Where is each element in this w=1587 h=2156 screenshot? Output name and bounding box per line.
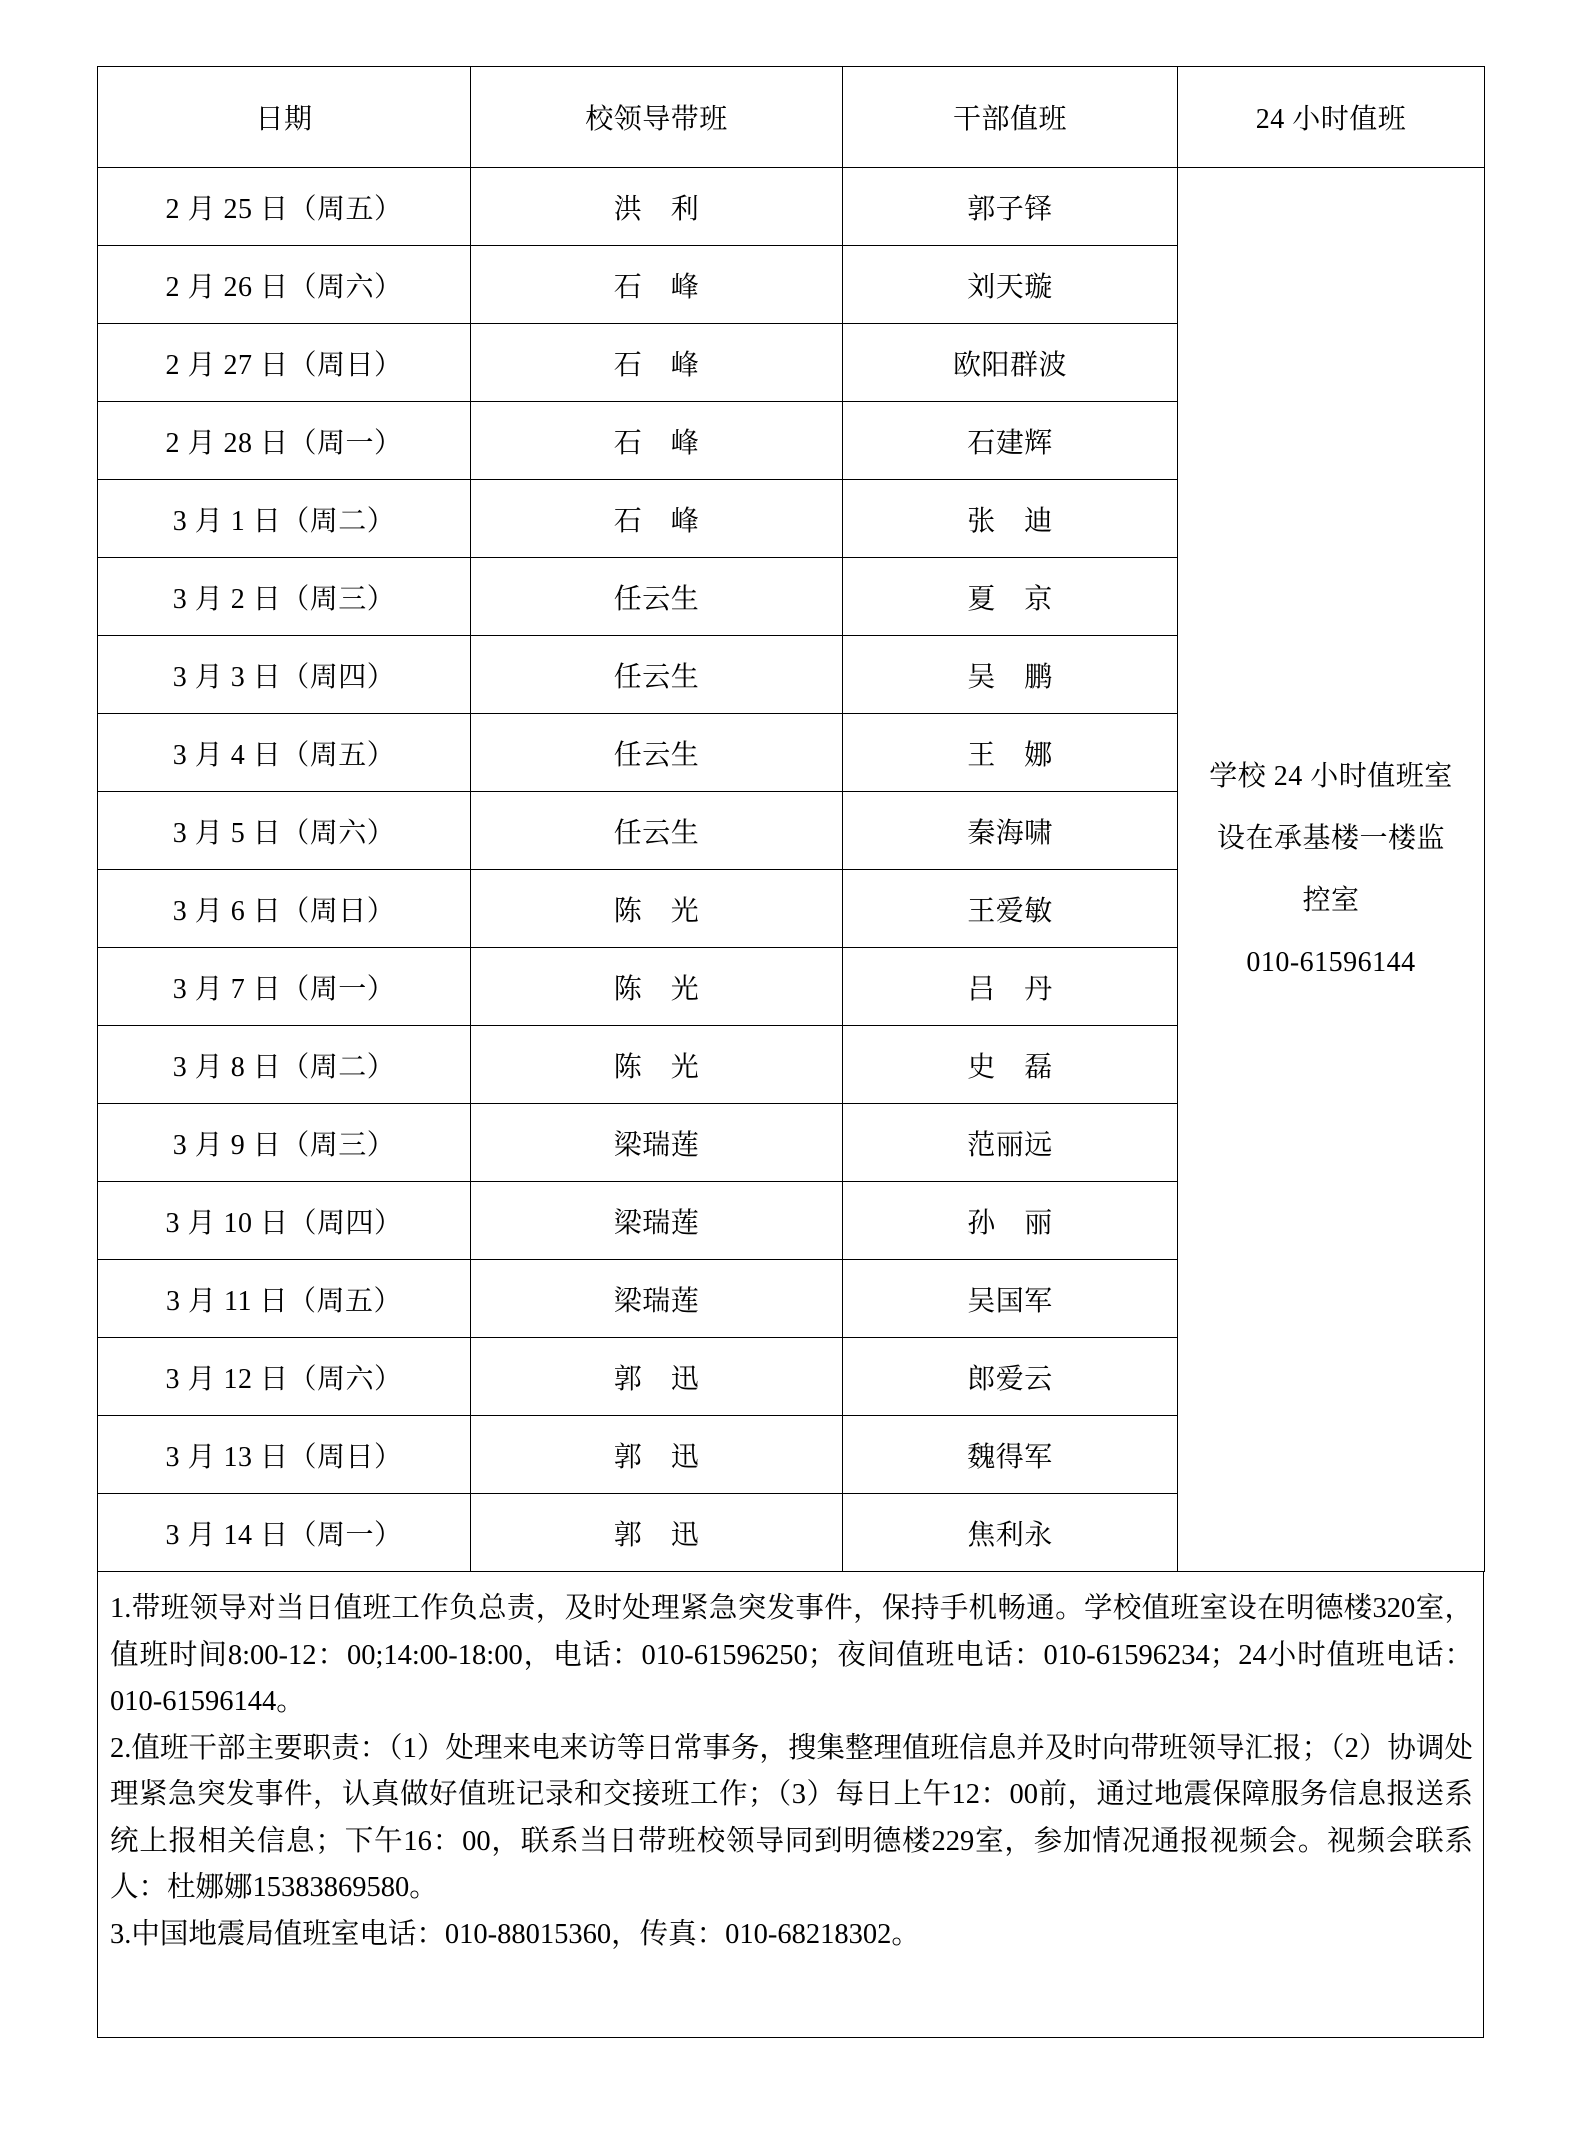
date-cell: 2 月 28 日（周一） bbox=[98, 402, 471, 480]
cadre-cell: 王爱敏 bbox=[843, 870, 1178, 948]
note-item-2: 2.值班干部主要职责：（1）处理来电来访等日常事务，搜集整理值班信息并及时向带班… bbox=[110, 1726, 1473, 1912]
cadre-cell: 魏得军 bbox=[843, 1416, 1178, 1494]
cadre-cell: 欧阳群波 bbox=[843, 324, 1178, 402]
leader-cell: 梁瑞莲 bbox=[471, 1260, 843, 1338]
leader-cell: 梁瑞莲 bbox=[471, 1104, 843, 1182]
leader-cell: 石 峰 bbox=[471, 246, 843, 324]
date-cell: 3 月 2 日（周三） bbox=[98, 558, 471, 636]
date-cell: 3 月 1 日（周二） bbox=[98, 480, 471, 558]
header-24h-duty: 24 小时值班 bbox=[1178, 67, 1485, 168]
duty-24h-line: 设在承基楼一楼监 bbox=[1178, 808, 1484, 870]
date-cell: 2 月 26 日（周六） bbox=[98, 246, 471, 324]
cadre-cell: 吴国军 bbox=[843, 1260, 1178, 1338]
leader-cell: 陈 光 bbox=[471, 948, 843, 1026]
cadre-cell: 秦海啸 bbox=[843, 792, 1178, 870]
leader-cell: 洪 利 bbox=[471, 168, 843, 246]
duty-24h-info-cell: 学校 24 小时值班室 设在承基楼一楼监 控室 010-61596144 bbox=[1178, 168, 1485, 1572]
cadre-cell: 石建辉 bbox=[843, 402, 1178, 480]
date-cell: 3 月 14 日（周一） bbox=[98, 1494, 471, 1572]
duty-schedule-sheet: 日期 校领导带班 干部值班 24 小时值班 2 月 25 日（周五） 洪 利 郭… bbox=[97, 66, 1484, 2038]
header-date: 日期 bbox=[98, 67, 471, 168]
date-cell: 3 月 12 日（周六） bbox=[98, 1338, 471, 1416]
duty-24h-line: 学校 24 小时值班室 bbox=[1178, 746, 1484, 808]
leader-cell: 陈 光 bbox=[471, 1026, 843, 1104]
leader-cell: 郭 迅 bbox=[471, 1494, 843, 1572]
leader-cell: 石 峰 bbox=[471, 324, 843, 402]
duty-24h-phone: 010-61596144 bbox=[1178, 932, 1484, 994]
leader-cell: 陈 光 bbox=[471, 870, 843, 948]
cadre-cell: 史 磊 bbox=[843, 1026, 1178, 1104]
date-cell: 2 月 25 日（周五） bbox=[98, 168, 471, 246]
cadre-cell: 刘天璇 bbox=[843, 246, 1178, 324]
leader-cell: 石 峰 bbox=[471, 402, 843, 480]
cadre-cell: 王 娜 bbox=[843, 714, 1178, 792]
cadre-cell: 焦利永 bbox=[843, 1494, 1178, 1572]
cadre-cell: 郭子铎 bbox=[843, 168, 1178, 246]
header-cadre-on-duty: 干部值班 bbox=[843, 67, 1178, 168]
leader-cell: 石 峰 bbox=[471, 480, 843, 558]
leader-cell: 任云生 bbox=[471, 714, 843, 792]
date-cell: 3 月 3 日（周四） bbox=[98, 636, 471, 714]
date-cell: 3 月 5 日（周六） bbox=[98, 792, 471, 870]
leader-cell: 任云生 bbox=[471, 792, 843, 870]
date-cell: 3 月 9 日（周三） bbox=[98, 1104, 471, 1182]
date-cell: 3 月 8 日（周二） bbox=[98, 1026, 471, 1104]
header-leader-on-duty: 校领导带班 bbox=[471, 67, 843, 168]
cadre-cell: 吕 丹 bbox=[843, 948, 1178, 1026]
header-row: 日期 校领导带班 干部值班 24 小时值班 bbox=[98, 67, 1485, 168]
cadre-cell: 范丽远 bbox=[843, 1104, 1178, 1182]
leader-cell: 任云生 bbox=[471, 636, 843, 714]
date-cell: 3 月 11 日（周五） bbox=[98, 1260, 471, 1338]
note-item-1: 1.带班领导对当日值班工作负总责，及时处理紧急突发事件，保持手机畅通。学校值班室… bbox=[110, 1586, 1473, 1726]
cadre-cell: 孙 丽 bbox=[843, 1182, 1178, 1260]
cadre-cell: 夏 京 bbox=[843, 558, 1178, 636]
date-cell: 3 月 4 日（周五） bbox=[98, 714, 471, 792]
date-cell: 2 月 27 日（周日） bbox=[98, 324, 471, 402]
date-cell: 3 月 6 日（周日） bbox=[98, 870, 471, 948]
duty-24h-line: 控室 bbox=[1178, 870, 1484, 932]
leader-cell: 梁瑞莲 bbox=[471, 1182, 843, 1260]
date-cell: 3 月 13 日（周日） bbox=[98, 1416, 471, 1494]
date-cell: 3 月 7 日（周一） bbox=[98, 948, 471, 1026]
table-row: 2 月 25 日（周五） 洪 利 郭子铎 学校 24 小时值班室 设在承基楼一楼… bbox=[98, 168, 1485, 246]
leader-cell: 郭 迅 bbox=[471, 1338, 843, 1416]
leader-cell: 任云生 bbox=[471, 558, 843, 636]
date-cell: 3 月 10 日（周四） bbox=[98, 1182, 471, 1260]
cadre-cell: 吴 鹏 bbox=[843, 636, 1178, 714]
note-item-3: 3.中国地震局值班室电话：010-88015360，传真：010-6821830… bbox=[110, 1912, 1473, 1959]
cadre-cell: 张 迪 bbox=[843, 480, 1178, 558]
duty-schedule-table: 日期 校领导带班 干部值班 24 小时值班 2 月 25 日（周五） 洪 利 郭… bbox=[97, 66, 1485, 1572]
leader-cell: 郭 迅 bbox=[471, 1416, 843, 1494]
cadre-cell: 郎爱云 bbox=[843, 1338, 1178, 1416]
notes-section: 1.带班领导对当日值班工作负总责，及时处理紧急突发事件，保持手机畅通。学校值班室… bbox=[97, 1572, 1484, 2038]
